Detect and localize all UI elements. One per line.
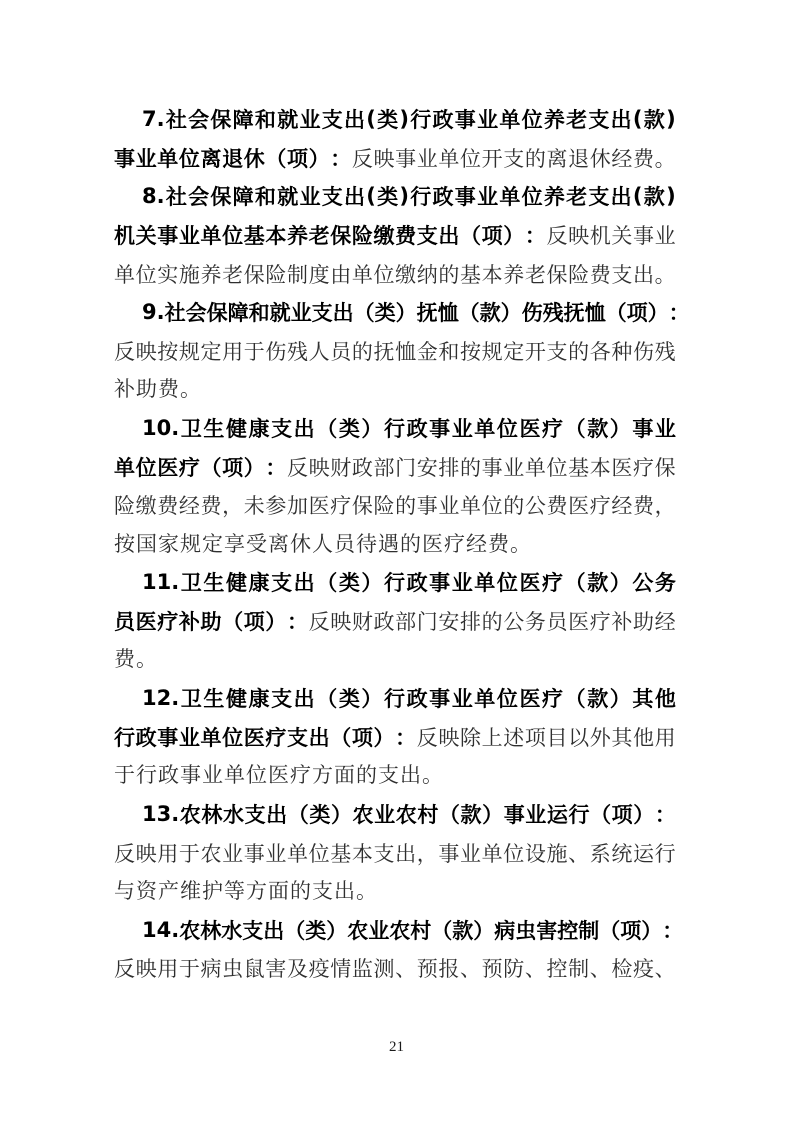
heading-text: ： [265,452,286,482]
heading-text: 疗 [542,567,563,597]
body-text: 位 [460,143,481,173]
heading-text: （ [316,683,337,713]
heading-text: 行 [410,181,431,211]
heading-text: 事 [114,143,135,173]
heading-text: 位 [497,683,518,713]
heading-text: 养 [544,104,565,134]
body-text: 部 [374,452,395,482]
heading-text: 出 [344,104,365,134]
body-text: 事 [482,452,503,482]
heading-text: 支 [417,220,438,250]
text-line: 7.社会保障和就业支出(类)行政事业单位养老支出(款) [114,100,676,139]
body-text: 基 [460,259,481,289]
heading-text: 退 [222,143,243,173]
heading-text: 项 [627,297,648,327]
body-text: 映 [330,606,351,636]
body-text: 补 [611,606,632,636]
heading-text: 险 [352,220,373,250]
heading-text: 社 [166,181,187,211]
body-text: 、 [525,953,546,983]
body-text: 外 [590,722,611,752]
heading-text: 业 [368,915,389,945]
heading-text: 类 [339,683,360,713]
heading-text: ） [503,220,524,250]
heading-text: 老 [566,104,587,134]
body-text: 事 [438,838,459,868]
heading-text: 政 [433,104,454,134]
heading-text: 就 [277,181,298,211]
heading-text: 事 [504,799,525,829]
body-text: 虫 [222,953,243,983]
heading-text: 业 [291,297,312,327]
heading-text: ） [309,143,330,173]
body-text: 机 [590,220,611,250]
heading-text: 出 [294,567,315,597]
heading-text: 事 [429,413,450,443]
heading-text: 项 [482,220,503,250]
heading-text: 康 [249,567,270,597]
heading-text: 林 [200,915,221,945]
body-text: 映 [438,722,459,752]
text-line: 事业单位离退休（项）：反映事业单位开支的离退休经费。 [114,139,676,178]
body-text: 伤 [633,336,654,366]
heading-text: 款 [587,683,608,713]
heading-text: 卫 [181,567,202,597]
text-block: 7.社会保障和就业支出(类)行政事业单位养老支出(款)事业单位离退休（项）：反映… [114,100,676,988]
body-text: 由 [330,259,351,289]
body-text: 报 [438,953,459,983]
heading-text: 12. [142,686,179,710]
heading-text: 类 [377,104,398,134]
body-text: 安 [417,452,438,482]
heading-text: 公 [632,567,653,597]
heading-text: 抚 [417,297,438,327]
body-text: 、 [460,953,481,983]
heading-text: 行 [384,413,405,443]
heading-text: 单 [201,722,222,752]
body-text: 险 [114,490,135,520]
body-text: 其 [611,722,632,752]
body-text: 预 [417,953,438,983]
body-text: 事 [633,220,654,250]
body-text: 用 [222,336,243,366]
heading-text: 抚 [564,297,585,327]
body-text: 支 [611,259,632,289]
body-text: 用 [655,722,676,752]
heading-text: 社 [165,297,186,327]
heading-text: 类 [339,567,360,597]
body-text: 检 [611,953,632,983]
heading-text: 出 [263,915,284,945]
heading-text: 会 [188,104,209,134]
heading-text: 项 [620,915,641,945]
heading-text: 款 [644,181,665,211]
body-text: 按 [460,336,481,366]
body-text: 费 [590,259,611,289]
heading-text: 支 [271,683,292,713]
heading-text: 事 [632,413,653,443]
body-text: 的 [503,490,524,520]
text-line: 按国家规定享受离休人员待遇的医疗经费。 [114,525,676,564]
heading-text: （ [565,413,586,443]
body-text: 费 [201,490,222,520]
heading-text: ） [610,413,631,443]
heading-text: ： [662,915,683,945]
heading-text: 单 [201,220,222,250]
body-text: 单 [438,143,459,173]
body-text: 支 [503,143,524,173]
body-text: 政 [352,452,373,482]
heading-text: 关 [136,220,157,250]
body-text: 业 [655,220,676,250]
heading-text: 疗 [265,722,286,752]
body-text: 反 [114,838,135,868]
heading-text: 款 [644,104,665,134]
heading-text: ） [374,722,395,752]
body-text: 恤 [395,336,416,366]
heading-text: 业 [452,683,473,713]
heading-text: 虫 [515,915,536,945]
body-text: 离 [547,143,568,173]
heading-text: 支 [271,567,292,597]
text-line: 10.卫生健康支出（类）行政事业单位医疗（款）事业 [114,409,676,448]
body-text: 休 [590,143,611,173]
body-text: 老 [222,259,243,289]
body-text: 预 [482,953,503,983]
body-text: 门 [395,452,416,482]
body-text: 门 [417,606,438,636]
heading-text: （ [284,915,305,945]
heading-text: （ [288,799,309,829]
body-text: 位 [374,259,395,289]
body-text: 业 [222,838,243,868]
body-text: 设 [525,838,546,868]
heading-text: 支 [271,413,292,443]
body-text: 施 [179,259,200,289]
body-text: ， [417,838,438,868]
heading-text: 单 [499,104,520,134]
heading-text: 业 [299,104,320,134]
body-text: 保 [244,259,265,289]
heading-text: 农 [180,799,201,829]
heading-text: 康 [249,413,270,443]
heading-text: 控 [557,915,578,945]
heading-text: 障 [228,297,249,327]
body-text: 财 [330,452,351,482]
body-text: 开 [482,143,503,173]
heading-text: 出 [309,722,330,752]
heading-text: 款 [461,799,482,829]
heading-text: 缴 [374,220,395,250]
heading-text: 出 [266,799,287,829]
body-text: 的 [352,336,373,366]
body-text: 人 [309,336,330,366]
heading-text: 疗 [157,606,178,636]
heading-text: ） [641,915,662,945]
heading-text: 健 [226,567,247,597]
heading-text: 行 [568,799,589,829]
heading-text: 项 [287,143,308,173]
body-text: 映 [136,336,157,366]
body-text: 制 [568,953,589,983]
heading-text: ） [331,799,352,829]
body-text: 助 [633,606,654,636]
body-text: 业 [438,490,459,520]
heading-text: 事 [455,104,476,134]
heading-text: 位 [522,181,543,211]
text-line: 机关事业单位基本养老保险缴费支出（项）：反映机关事业 [114,216,676,255]
heading-text: 业 [477,104,498,134]
body-text: 反 [114,953,135,983]
body-text: 补助费。 [114,377,202,401]
body-text: 位 [503,838,524,868]
heading-text: 支 [588,181,609,211]
heading-text: 补 [179,606,200,636]
body-text: 反 [352,143,373,173]
heading-text: ) [666,107,676,131]
body-text: 映 [568,220,589,250]
body-text: 。 [655,259,676,289]
heading-text: ： [287,606,308,636]
heading-text: 农 [396,799,417,829]
body-text: 位 [136,259,157,289]
body-text: 和 [438,336,459,366]
heading-text: 农 [389,915,410,945]
body-text: 种 [611,336,632,366]
body-text: 述 [503,722,524,752]
heading-text: 老 [309,220,330,250]
heading-text: 位 [522,104,543,134]
heading-text: 支 [242,915,263,945]
body-text: 鼠 [244,953,265,983]
body-text: 业 [460,838,481,868]
heading-text: 健 [226,413,247,443]
heading-text: 医 [136,606,157,636]
heading-text: 事 [429,683,450,713]
body-text: 及 [287,953,308,983]
body-text: 部 [395,606,416,636]
body-text: 退 [568,143,589,173]
body-text: 残 [655,336,676,366]
body-text: 疗 [590,606,611,636]
heading-text: 业 [136,143,157,173]
heading-text: 养 [287,220,308,250]
heading-text: 8. [142,184,165,208]
heading-text: 疗 [542,413,563,443]
body-text: 基 [568,452,589,482]
body-text: 上 [482,722,503,752]
heading-text: 单 [474,567,495,597]
heading-text: 本 [265,220,286,250]
text-line: 单位医疗（项）：反映财政部门安排的事业单位基本医疗保 [114,447,676,486]
heading-text: （ [460,220,481,250]
body-text: 金 [417,336,438,366]
heading-text: 出 [611,181,632,211]
heading-text: 出 [438,220,459,250]
heading-text: 支 [287,722,308,752]
body-text: 疗 [330,490,351,520]
heading-text: 业 [299,181,320,211]
body-text: 医 [568,606,589,636]
body-text: 反 [547,220,568,250]
body-text: 除 [460,722,481,752]
body-text: 险 [265,259,286,289]
body-text: 单 [287,838,308,868]
heading-text: 位 [179,143,200,173]
text-line: 员医疗补助（项）：反映财政部门安排的公务员医疗补助经 [114,602,676,641]
heading-text: 员 [114,606,135,636]
body-text: 费 [547,490,568,520]
heading-text: 9. [142,300,165,324]
heading-text: 行 [384,567,405,597]
heading-text: 业 [179,220,200,250]
body-text: 情 [330,953,351,983]
body-text: 单 [460,490,481,520]
body-text: 员 [330,336,351,366]
body-text: 单 [525,452,546,482]
heading-text: 单 [474,683,495,713]
heading-text: ( [366,107,376,131]
body-text: 他 [633,722,654,752]
heading-text: 行 [114,722,135,752]
heading-text: 生 [203,683,224,713]
heading-text: ( [366,184,376,208]
body-text: 反 [114,336,135,366]
heading-text: 保 [207,297,228,327]
heading-text: 项 [222,452,243,482]
body-text: 疗 [590,490,611,520]
heading-text: 10. [142,416,179,440]
heading-text: 生 [203,413,224,443]
body-text: 制 [287,259,308,289]
body-text: 目 [547,722,568,752]
heading-text: 业 [477,181,498,211]
body-text: 开 [525,336,546,366]
heading-text: 和 [255,104,276,134]
body-text: 经 [179,490,200,520]
body-text: 支 [547,336,568,366]
heading-text: 行 [410,104,431,134]
body-text: 于 [179,953,200,983]
text-line: 险缴费经费，未参加医疗保险的事业单位的公费医疗经费， [114,486,676,525]
body-text: 、 [590,953,611,983]
body-text: 经 [611,143,632,173]
heading-text: 项 [244,606,265,636]
heading-text: 政 [136,722,157,752]
body-text: 按国家规定享受离休人员待遇的医疗经费。 [114,532,532,556]
heading-text: 恤 [438,297,459,327]
heading-text: 其 [632,683,653,713]
heading-text: （ [439,799,460,829]
heading-text: 事 [157,722,178,752]
body-text: 的 [568,336,589,366]
heading-text: 水 [221,915,242,945]
body-text: 运 [633,838,654,868]
heading-text: ） [326,915,347,945]
heading-text: 出 [344,181,365,211]
heading-text: 医 [519,683,540,713]
heading-text: （ [431,915,452,945]
heading-text: 类 [377,181,398,211]
heading-text: 制 [578,915,599,945]
heading-text: 恤 [585,297,606,327]
heading-text: 事 [157,220,178,250]
heading-text: 业 [452,413,473,443]
body-text: 单 [352,259,373,289]
body-text: 反 [417,722,438,752]
body-text: 疫 [633,953,654,983]
body-text: 排 [438,452,459,482]
body-text: 险 [568,259,589,289]
heading-text: ( [633,184,643,208]
body-text: 医 [309,490,330,520]
body-text: 。 [655,143,676,173]
heading-text: ） [244,452,265,482]
heading-text: 卫 [181,683,202,713]
heading-text: 项 [352,722,373,752]
body-text: 定 [503,336,524,366]
heading-text: 类 [309,799,330,829]
heading-text: 事 [429,567,450,597]
body-text: 残 [287,336,308,366]
body-text: 位 [309,838,330,868]
body-text: 医 [611,452,632,482]
body-text: 疫 [309,953,330,983]
heading-text: 障 [233,181,254,211]
heading-text: 位 [497,413,518,443]
heading-text: 单 [114,452,135,482]
heading-text: ： [525,220,546,250]
heading-text: 支 [322,181,343,211]
body-text: 费。 [114,647,158,671]
heading-text: 会 [188,181,209,211]
text-line: 8.社会保障和就业支出(类)行政事业单位养老支出(款) [114,177,676,216]
body-text: 缴 [136,490,157,520]
heading-text: 医 [519,567,540,597]
heading-text: 款 [587,413,608,443]
body-text: 的 [395,490,416,520]
heading-text: ) [399,107,409,131]
heading-text: 害 [536,915,557,945]
text-line: 于行政事业单位医疗方面的支出。 [114,756,676,795]
body-text: 疗 [633,452,654,482]
body-text: 关 [611,220,632,250]
body-text: 以 [568,722,589,752]
heading-text: 基 [244,220,265,250]
body-text: 事 [417,490,438,520]
page-number: 21 [0,1039,793,1056]
heading-text: 保 [210,104,231,134]
body-text: 养 [201,259,222,289]
body-text: 于 [179,838,200,868]
heading-text: ） [265,606,286,636]
text-line: 行政事业单位医疗支出（项）：反映除上述项目以外其他用 [114,718,676,757]
body-text: 基 [330,838,351,868]
body-text: 事 [395,143,416,173]
heading-text: 费 [395,220,416,250]
heading-text: 康 [249,683,270,713]
text-line: 12.卫生健康支出（类）行政事业单位医疗（款）其他 [114,679,676,718]
heading-text: 政 [407,683,428,713]
body-text: 行 [655,838,676,868]
body-text: 本 [482,259,503,289]
body-text: 各 [590,336,611,366]
body-text: 项 [525,722,546,752]
heading-text: （ [330,722,351,752]
body-text: 医 [568,490,589,520]
body-text: 支 [374,838,395,868]
body-text: 费 [633,490,654,520]
